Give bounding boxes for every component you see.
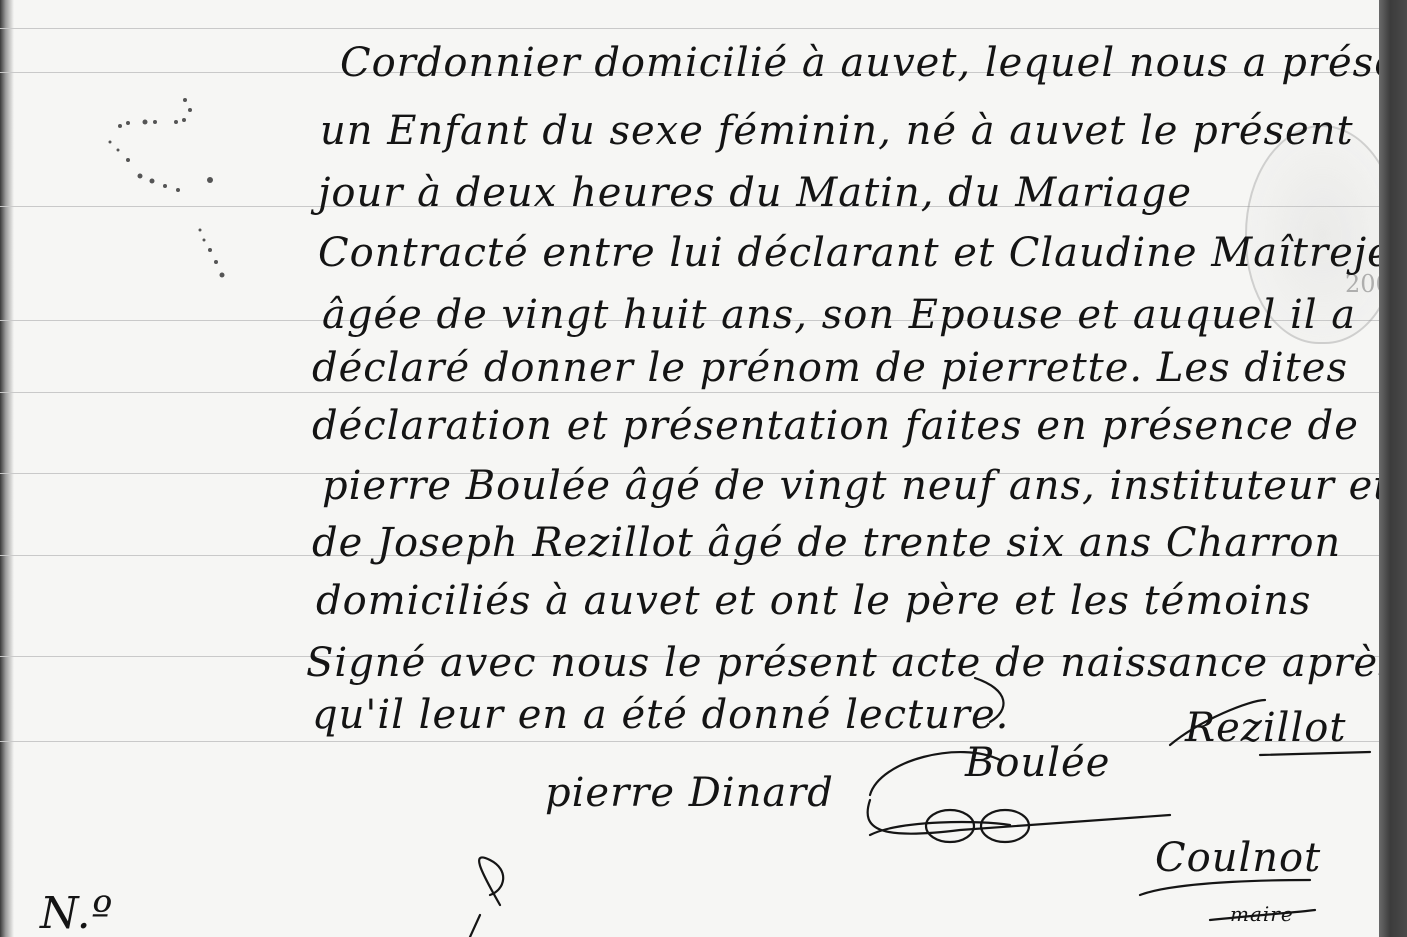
ruled-line xyxy=(0,392,1380,393)
register-page: 200 Cordonnier domicilié à auvet, lequel… xyxy=(0,0,1407,937)
text-line-1: Cordonnier domicilié à auvet, lequel nou… xyxy=(340,40,1407,86)
signature-witness-rezillot: Rezillot xyxy=(1185,705,1346,751)
text-line-5: âgée de vingt huit ans, son Epouse et au… xyxy=(322,292,1356,338)
text-line-4: Contracté entre lui déclarant et Claudin… xyxy=(318,230,1407,276)
signature-father: pierre Dinard xyxy=(545,770,834,816)
text-line-3: jour à deux heures du Matin, du Mariage xyxy=(318,170,1192,216)
mayor-title: maire xyxy=(1230,902,1294,926)
text-line-2: un Enfant du sexe féminin, né à auvet le… xyxy=(320,108,1354,154)
text-line-10: domiciliés à auvet et ont le père et les… xyxy=(316,578,1311,624)
signature-mayor: Coulnot xyxy=(1155,835,1321,881)
signature-witness-boulee: Boulée xyxy=(965,740,1110,786)
text-line-12: qu'il leur en a été donné lecture. xyxy=(312,692,1009,738)
next-entry-number: N.º xyxy=(40,888,113,937)
text-line-7: déclaration et présentation faites en pr… xyxy=(312,403,1359,449)
ink-speckle-icon xyxy=(100,80,240,300)
ruled-line xyxy=(0,28,1380,29)
ruled-line xyxy=(0,741,1380,742)
next-page-edge xyxy=(1379,0,1407,937)
binding-shadow xyxy=(0,0,14,937)
text-line-8: pierre Boulée âgé de vingt neuf ans, ins… xyxy=(322,463,1390,509)
text-line-11: Signé avec nous le présent acte de naiss… xyxy=(306,640,1400,686)
text-line-6: déclaré donner le prénom de pierrette. L… xyxy=(312,345,1348,391)
text-line-9: de Joseph Rezillot âgé de trente six ans… xyxy=(312,520,1341,566)
